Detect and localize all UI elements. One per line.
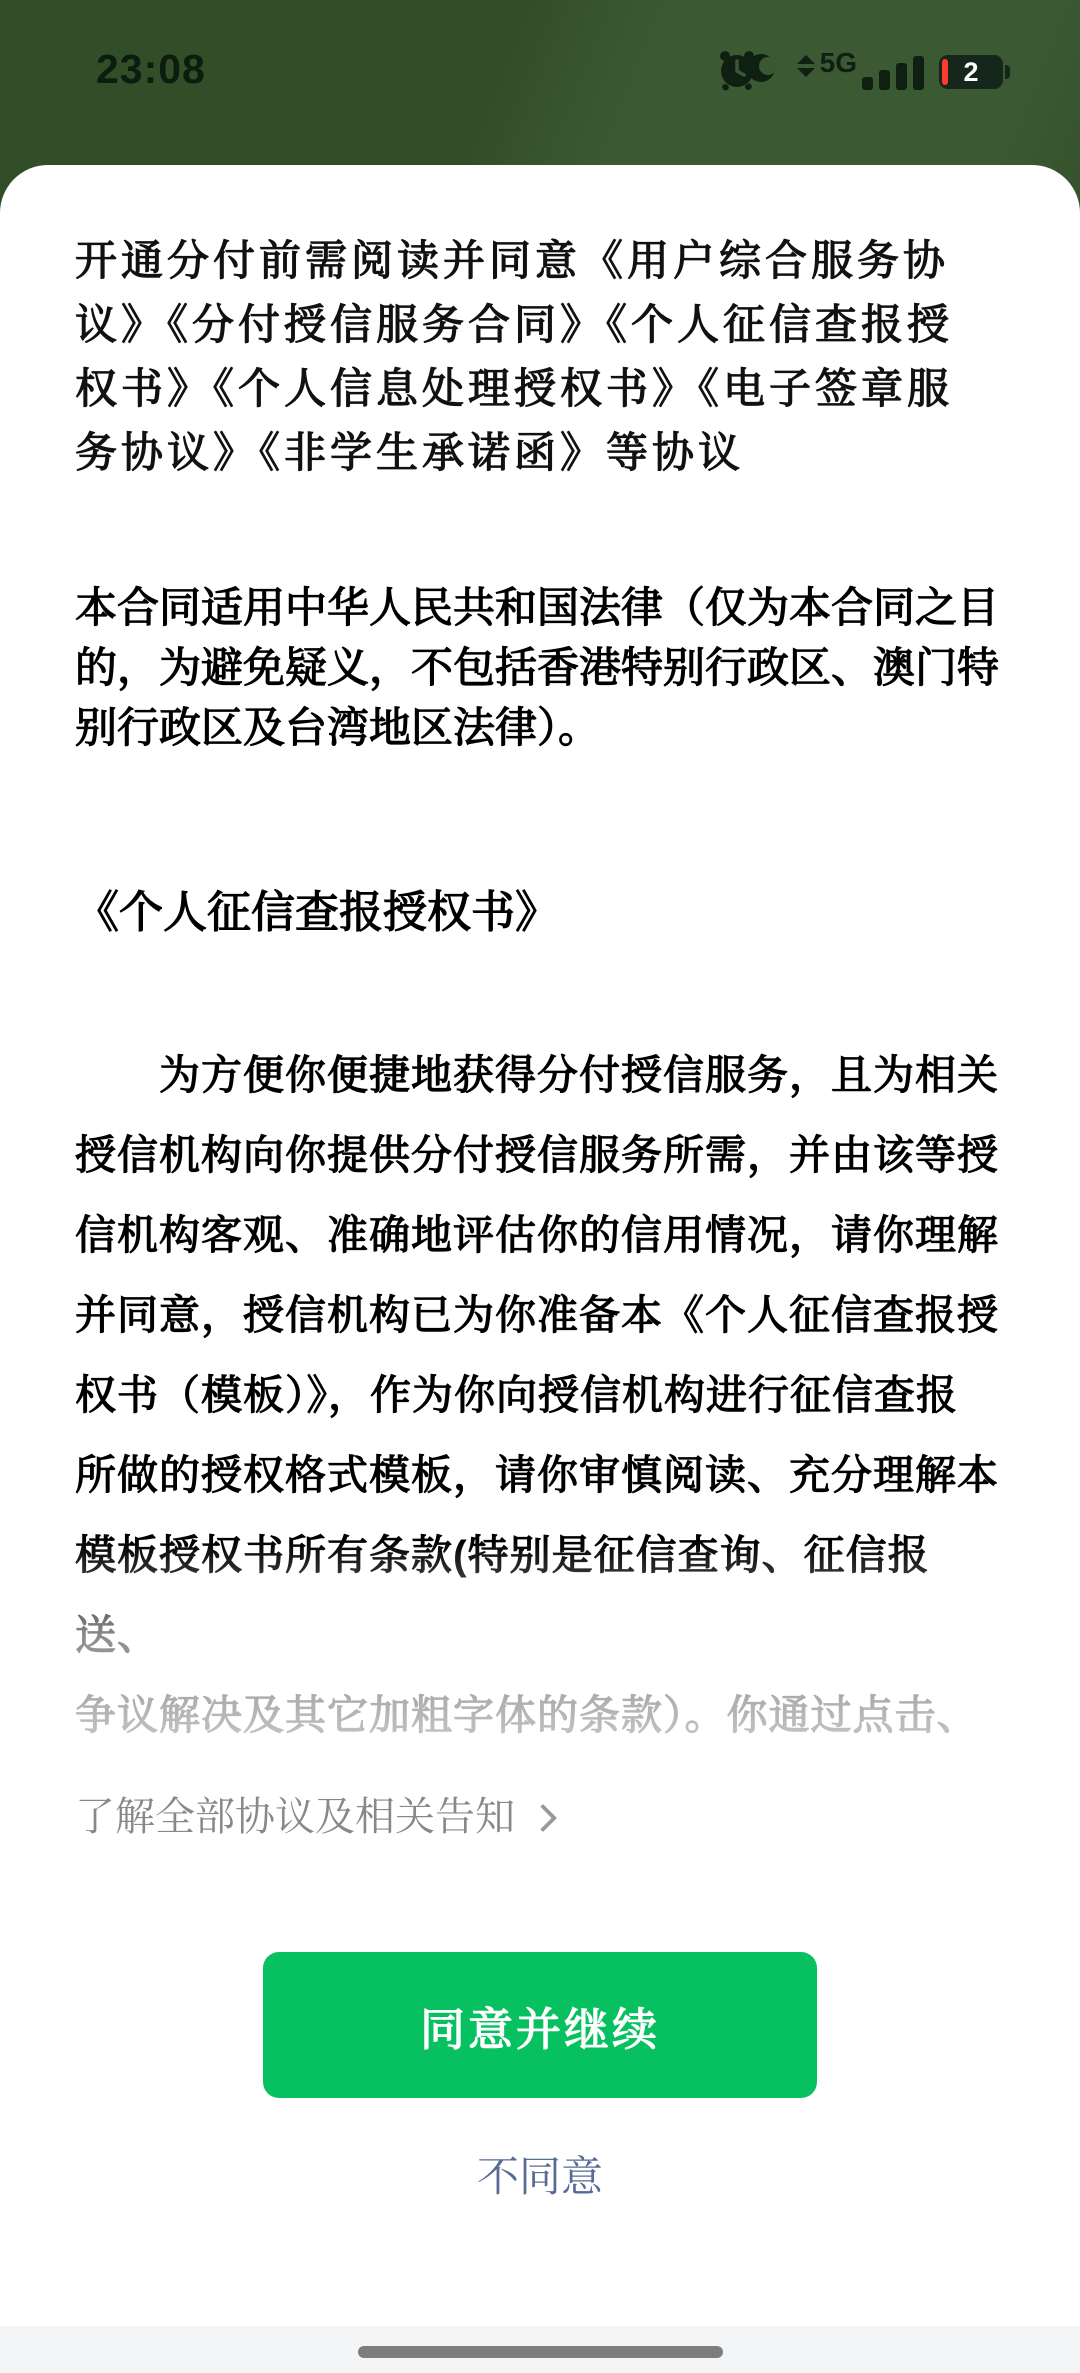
network-type-label: 5G: [820, 47, 857, 79]
home-indicator[interactable]: [358, 2346, 723, 2358]
battery-percent-label: 2: [963, 59, 978, 86]
chevron-right-icon: [529, 1804, 557, 1832]
signal-bars-icon: [862, 56, 924, 90]
status-icons: 5G 2: [716, 46, 1010, 92]
view-all-agreements-label: 了解全部协议及相关告知: [75, 1791, 515, 1843]
battery-icon: 2: [939, 55, 1010, 89]
download-arrow-icon: [797, 68, 815, 77]
up-down-arrows-icon: [797, 55, 815, 77]
agreement-sheet: 开通分付前需阅读并同意《用户综合服务协 议》《分付授信服务合同》《个人征信查报授…: [0, 165, 1080, 2373]
alarm-clock-icon: [716, 46, 782, 92]
document-title: 《个人征信查报授权书》: [75, 882, 1005, 944]
phone-screen: 23:08 5G: [0, 0, 1080, 2373]
status-bar: 23:08 5G: [0, 0, 1080, 130]
governing-law-text: 本合同适用中华人民共和国法律（仅为本合同之目 的，为避免疑义，不包括香港特别行政…: [75, 578, 1005, 758]
bottom-safe-area: [0, 2326, 1080, 2373]
agree-and-continue-button[interactable]: 同意并继续: [263, 1952, 817, 2098]
battery-cap: [1005, 65, 1010, 79]
status-time: 23:08: [96, 46, 206, 93]
upload-arrow-icon: [797, 55, 815, 64]
document-body-text: 为方便你便捷地获得分付授信服务，且为相关 授信机构向你提供分付授信服务所需，并由…: [75, 1035, 1005, 1755]
agreement-body-scroll-area[interactable]: 为方便你便捷地获得分付授信服务，且为相关 授信机构向你提供分付授信服务所需，并由…: [75, 1035, 1005, 1755]
view-all-agreements-link[interactable]: 了解全部协议及相关告知: [75, 1791, 553, 1843]
battery-low-level-fill: [942, 59, 948, 85]
battery-body: 2: [939, 55, 1003, 89]
network-status: 5G: [797, 47, 924, 92]
decline-button[interactable]: 不同意: [75, 2153, 1005, 2201]
agreement-intro-text: 开通分付前需阅读并同意《用户综合服务协 议》《分付授信服务合同》《个人征信查报授…: [75, 229, 1005, 485]
